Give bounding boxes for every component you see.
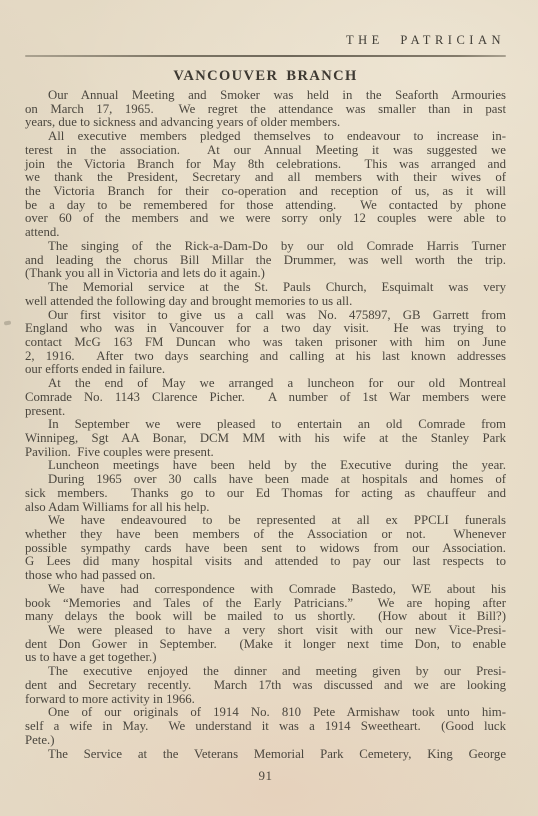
paragraph: One of our originals of 1914 No. 810 Pet… — [25, 706, 506, 747]
text-line: Our Annual Meeting and Smoker was held i… — [25, 89, 506, 103]
text-line: All executive members pledged themselves… — [25, 130, 506, 144]
text-line: whether they have been members of the As… — [25, 528, 506, 542]
article-body: Our Annual Meeting and Smoker was held i… — [25, 89, 506, 761]
text-line: and leading the chorus Bill Millar the D… — [25, 254, 506, 268]
paragraph: The executive enjoyed the dinner and mee… — [25, 665, 506, 706]
text-line: We have endeavoured to be represented at… — [25, 514, 506, 528]
text-line: contact McG 163 FM Duncan who was taken … — [25, 336, 506, 350]
text-line: We were pleased to have a very short vis… — [25, 624, 506, 638]
text-line: The Service at the Veterans Memorial Par… — [25, 748, 506, 762]
text-line: us to have a get together.) — [25, 651, 506, 665]
text-line: 2, 1916. After two days searching and ca… — [25, 350, 506, 364]
text-line: many delays the book will be mailed to u… — [25, 610, 506, 624]
paragraph: The singing of the Rick-a-Dam-Do by our … — [25, 240, 506, 281]
text-line: (Thank you all in Victoria and lets do i… — [25, 267, 506, 281]
paragraph: Our first visitor to give us a call was … — [25, 309, 506, 378]
text-line: also Adam Williams for all his help. — [25, 501, 506, 515]
paragraph: All executive members pledged themselves… — [25, 130, 506, 240]
text-line: Pavilion. Five couples were present. — [25, 446, 506, 460]
text-line: One of our originals of 1914 No. 810 Pet… — [25, 706, 506, 720]
text-line: England who was in Vancouver for a two d… — [25, 322, 506, 336]
paragraph: At the end of May we arranged a luncheon… — [25, 377, 506, 418]
text-line: At the end of May we arranged a luncheon… — [25, 377, 506, 391]
text-line: our efforts ended in failure. — [25, 363, 506, 377]
text-line: Our first visitor to give us a call was … — [25, 309, 506, 323]
text-line: terest in the association. At our Annual… — [25, 144, 506, 158]
text-line: we thank the President, Secretary and al… — [25, 171, 506, 185]
text-line: sick members. Thanks go to our Ed Thomas… — [25, 487, 506, 501]
section-title: VANCOUVER BRANCH — [25, 68, 506, 85]
text-line: dent Don Gower in September. (Make it lo… — [25, 638, 506, 652]
text-line: book “Memories and Tales of the Early Pa… — [25, 597, 506, 611]
text-line: on March 17, 1965. We regret the attenda… — [25, 103, 506, 117]
paragraph: We have had correspondence with Comrade … — [25, 583, 506, 624]
text-line: Luncheon meetings have been held by the … — [25, 459, 506, 473]
text-line: Pete.) — [25, 734, 506, 748]
text-line: The executive enjoyed the dinner and mee… — [25, 665, 506, 679]
paragraph: During 1965 over 30 calls have been made… — [25, 473, 506, 514]
text-line: those who had passed on. — [25, 569, 506, 583]
header-rule — [25, 55, 506, 57]
text-line: Winnipeg, Sgt AA Bonar, DCM MM with his … — [25, 432, 506, 446]
text-line: G Lees did many hospital visits and atte… — [25, 555, 506, 569]
text-line: possible sympathy cards have been sent t… — [25, 542, 506, 556]
text-line: The Memorial service at the St. Pauls Ch… — [25, 281, 506, 295]
paragraph: Our Annual Meeting and Smoker was held i… — [25, 89, 506, 130]
journal-title: THE PATRICIAN — [346, 33, 505, 48]
margin-speck — [4, 321, 11, 326]
paragraph: We were pleased to have a very short vis… — [25, 624, 506, 665]
paragraph: We have endeavoured to be represented at… — [25, 514, 506, 583]
text-line: We have had correspondence with Comrade … — [25, 583, 506, 597]
text-line: attend. — [25, 226, 506, 240]
paragraph: The Memorial service at the St. Pauls Ch… — [25, 281, 506, 308]
text-line: During 1965 over 30 calls have been made… — [25, 473, 506, 487]
paragraph: In September we were pleased to entertai… — [25, 418, 506, 459]
text-line: Comrade No. 1143 Clarence Picher. A numb… — [25, 391, 506, 405]
text-line: over 60 of the members and we were sorry… — [25, 212, 506, 226]
scanned-page: THE PATRICIAN VANCOUVER BRANCH Our Annua… — [0, 0, 538, 816]
text-line: be a day to be remembered for those atte… — [25, 199, 506, 213]
text-line: present. — [25, 405, 506, 419]
text-line: the Victoria Branch for their co-operati… — [25, 185, 506, 199]
text-line: forward to more activity in 1966. — [25, 693, 506, 707]
text-line: self a wife in May. We understand it was… — [25, 720, 506, 734]
text-line: well attended the following day and brou… — [25, 295, 506, 309]
paragraph: Luncheon meetings have been held by the … — [25, 459, 506, 473]
text-line: years, due to sickness and advancing yea… — [25, 116, 506, 130]
text-line: join the Victoria Branch for May 8th cel… — [25, 158, 506, 172]
text-line: In September we were pleased to entertai… — [25, 418, 506, 432]
text-line: dent and Secretary recently. March 17th … — [25, 679, 506, 693]
paragraph: The Service at the Veterans Memorial Par… — [25, 748, 506, 762]
page-number: 91 — [25, 768, 506, 784]
text-line: The singing of the Rick-a-Dam-Do by our … — [25, 240, 506, 254]
